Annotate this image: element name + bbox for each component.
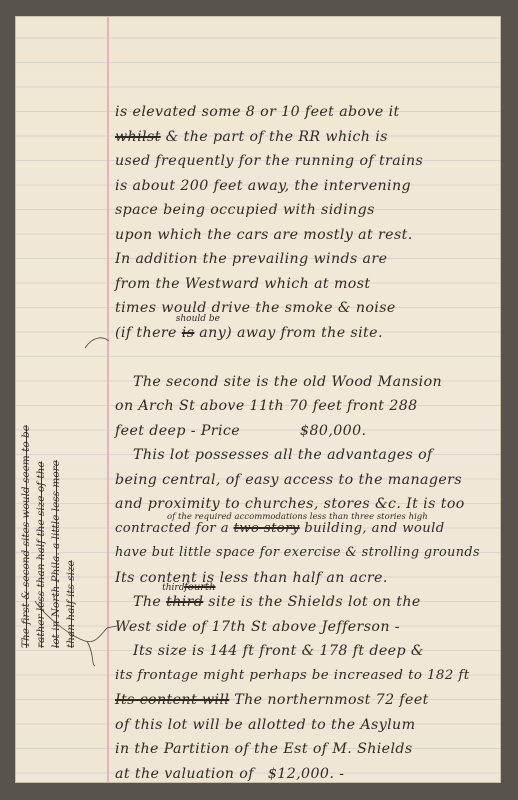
text-line: in the Partition of the Est of M. Shield…	[115, 737, 499, 762]
text-line: on Arch St above 11th 70 feet front 288	[115, 394, 499, 419]
text-line: being central, of easy access to the man…	[115, 468, 499, 493]
struck-insert: fourth	[184, 583, 215, 592]
text-line: times would drive the smoke & noise	[115, 296, 499, 321]
struck-word: third	[166, 594, 203, 610]
margin-note-line: than half its size	[64, 328, 79, 648]
text-line: space being occupied with sidings	[115, 198, 499, 223]
text-line: of this lot will be allotted to the Asyl…	[115, 713, 499, 738]
valuation-amount: $12,000. -	[268, 766, 344, 782]
struck-word: two story	[234, 521, 300, 536]
text-line: at the valuation of$12,000. -	[115, 762, 499, 784]
text-line: This lot possesses all the advantages of	[115, 443, 499, 468]
text-line: West side of 17th St above Jefferson -	[115, 615, 499, 640]
interlinear-insert: should be	[176, 315, 220, 324]
text-line: The thirdfourththird site is the Shields…	[115, 590, 499, 615]
margin-note: The first & second sites would seem to b…	[19, 328, 79, 648]
margin-note-line: lot in North Phila. a little less more	[49, 328, 64, 648]
margin-note-line: rather less than half the size of the	[34, 328, 49, 648]
text-line: Its size is 144 ft front & 178 ft deep &	[115, 639, 499, 664]
text-line: of the required accommodations less than…	[115, 517, 499, 542]
manuscript-page: is elevated some 8 or 10 feet above it w…	[15, 16, 501, 783]
text-line: is about 200 feet away, the intervening	[115, 174, 499, 199]
price-amount: $80,000.	[300, 423, 366, 439]
text-line: have but little space for exercise & str…	[115, 541, 499, 566]
interlinear-insert: third	[162, 584, 184, 593]
margin-note-line: The first & second sites would seem to b…	[19, 328, 34, 648]
text-line: its frontage might perhaps be increased …	[115, 664, 499, 689]
blank-line	[115, 345, 499, 370]
text-line: used frequently for the running of train…	[115, 149, 499, 174]
struck-word: is	[182, 325, 195, 341]
text-line: is elevated some 8 or 10 feet above it	[115, 100, 499, 125]
text-line: The second site is the old Wood Mansion	[115, 370, 499, 395]
text-line: (if there should beis any) away from the…	[115, 321, 499, 346]
struck-word: whilst	[115, 129, 161, 145]
struck-word: Its content will	[115, 692, 229, 708]
text-line: upon which the cars are mostly at rest.	[115, 223, 499, 248]
text-line: Its content will The northernmost 72 fee…	[115, 688, 499, 713]
text-line: whilst & the part of the RR which is	[115, 125, 499, 150]
margin-rule	[107, 16, 109, 783]
text-line: from the Westward which at most	[115, 272, 499, 297]
text-line: In addition the prevailing winds are	[115, 247, 499, 272]
manuscript-body: is elevated some 8 or 10 feet above it w…	[115, 100, 499, 783]
text-line: feet deep - Price$80,000.	[115, 419, 499, 444]
interlinear-insert: of the required accommodations less than…	[167, 513, 428, 522]
